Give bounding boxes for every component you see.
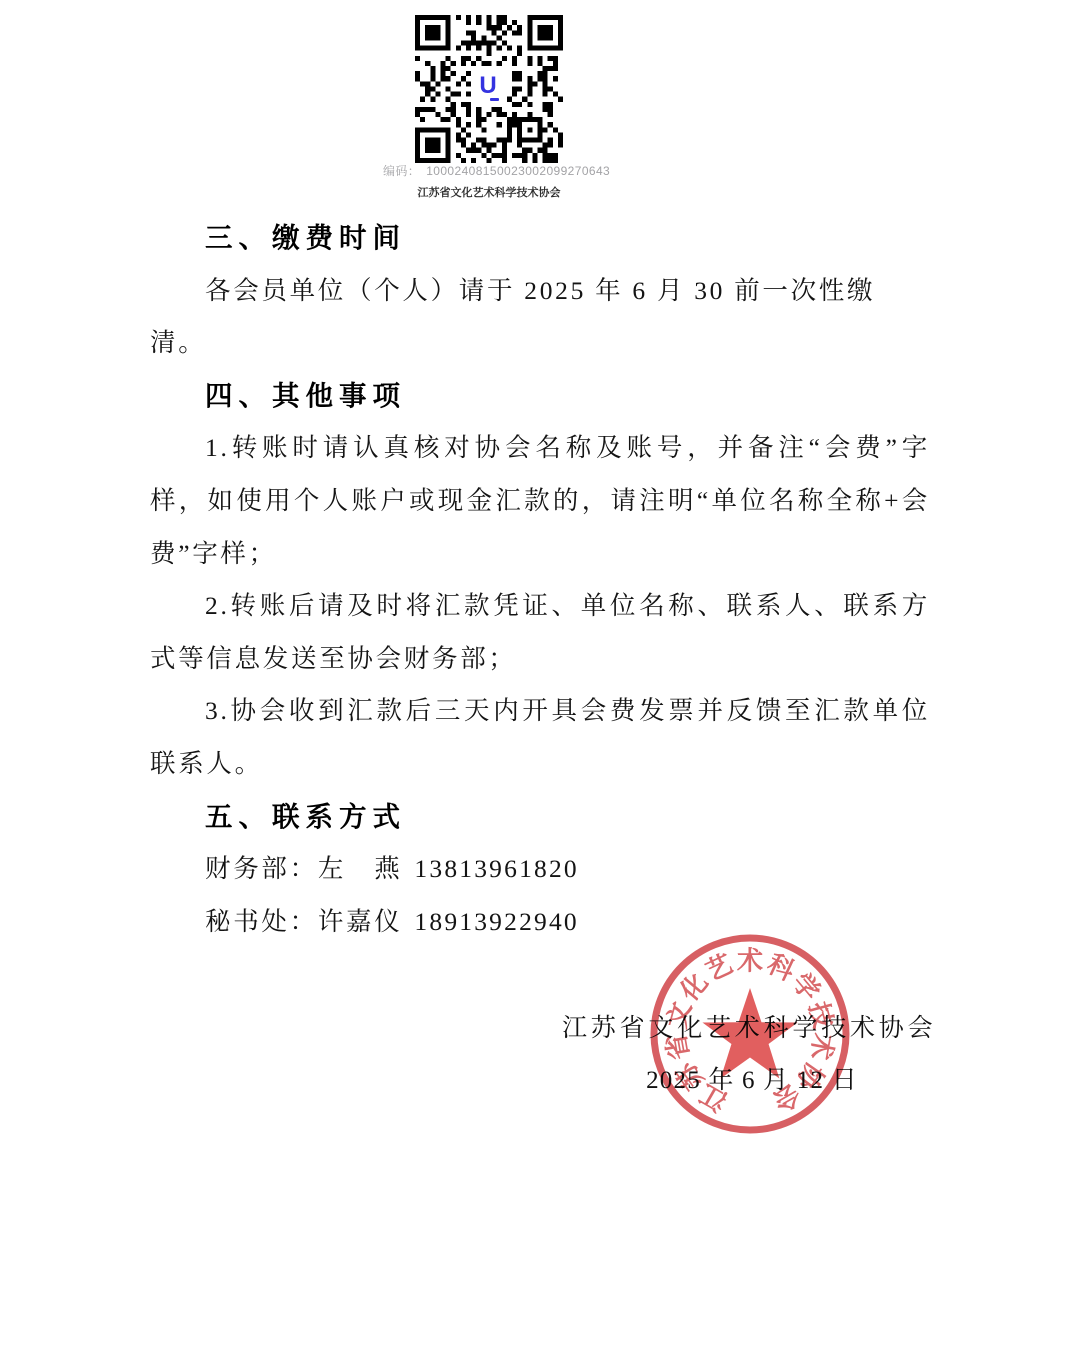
- contact-finance-label: 财务部：: [205, 854, 318, 883]
- section-3-heading: 三、缴费时间: [150, 212, 930, 265]
- qr-code-label: 编码：: [383, 164, 420, 178]
- contact-secretariat-label: 秘书处：: [205, 907, 318, 936]
- svg-text:技: 技: [803, 999, 838, 1032]
- contact-secretariat-name: 许嘉仪: [318, 907, 403, 936]
- svg-text:术: 术: [805, 1030, 838, 1062]
- other-matters-item-3: 3.协会收到汇款后三天内开具会费发票并反馈至汇款单位联系人。: [150, 685, 930, 790]
- contact-finance-name: 左 燕: [318, 854, 403, 883]
- official-seal: 江苏省文化艺术科学技术协会: [647, 931, 853, 1137]
- document-page: U 编码：10002408150023002099270643 江苏省文化艺术科…: [0, 0, 1080, 1357]
- qr-org-name: 江苏省文化艺术科学技术协会: [386, 184, 592, 200]
- svg-text:文: 文: [662, 999, 697, 1032]
- contact-secretariat-phone: 18913922940: [414, 907, 578, 936]
- svg-text:省: 省: [662, 1031, 695, 1062]
- payment-time-paragraph: 各会员单位（个人）请于 2025 年 6 月 30 前一次性缴清。: [150, 265, 930, 370]
- other-matters-item-1: 1.转账时请认真核对协会名称及账号，并备注“会费”字样，如使用个人账户或现金汇款…: [150, 422, 930, 580]
- contact-finance-line: 财务部：左 燕13813961820: [150, 843, 930, 896]
- qr-center-logo: U: [472, 70, 504, 106]
- qr-code-value: 10002408150023002099270643: [426, 164, 610, 178]
- section-5-heading: 五、联系方式: [150, 791, 930, 844]
- contact-finance-phone: 13813961820: [414, 854, 578, 883]
- document-body: 三、缴费时间 各会员单位（个人）请于 2025 年 6 月 30 前一次性缴清。…: [150, 212, 930, 948]
- svg-text:术: 术: [736, 947, 763, 976]
- qr-code-number: 编码：10002408150023002099270643: [383, 162, 610, 179]
- section-4-heading: 四、其他事项: [150, 370, 930, 423]
- qr-logo-letter: U: [479, 74, 496, 98]
- qr-logo-mark: [490, 98, 499, 101]
- other-matters-item-2: 2.转账后请及时将汇款凭证、单位名称、联系人、联系方式等信息发送至协会财务部；: [150, 580, 930, 685]
